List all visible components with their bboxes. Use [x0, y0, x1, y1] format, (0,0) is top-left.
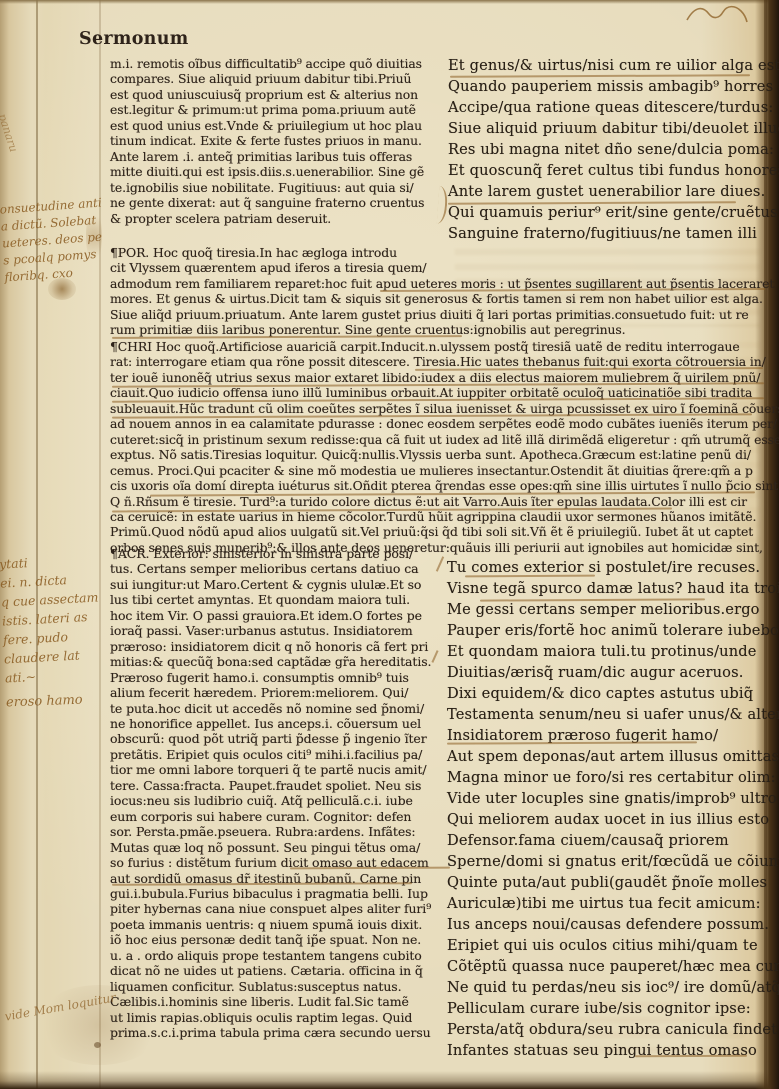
text-line: hoc item Vir. O passi grauiora.Et idem.O… — [110, 608, 450, 623]
text-line: Magna minor ue foro/si res certabitur ol… — [447, 767, 772, 788]
text-line: tere. Cassa:fracta. Paupet.fraudet spoli… — [110, 778, 450, 793]
text-line: Qui quamuis periur⁹ erit/sine gente/cruẽ… — [448, 202, 770, 223]
text-line: Et quondam maiora tuli.tu protinus/unde — [447, 641, 772, 662]
text-line: tinum indicat. Exite & ferte fustes priu… — [110, 133, 445, 148]
verse-column-bottom: Tu comes exterior si postulet/ire recuse… — [447, 557, 772, 1061]
page-edge-top — [0, 0, 779, 4]
text-line: ad nouem annos in ea calamitate pdurasse… — [110, 416, 768, 431]
text-line: Quando pauperiem missis ambagib⁹ horres — [448, 76, 770, 97]
text-line: Ius anceps noui/causas defendere possum. — [447, 914, 772, 935]
text-line: Ante larem .i. anteq̃ primitias laribus … — [110, 149, 445, 164]
text-line: Aut spem deponas/aut artem illusus omitt… — [447, 746, 772, 767]
text-line: gui.i.bubula.Furius bibaculus i pragmati… — [110, 886, 450, 901]
text-line: Et quoscunq̃ feret cultus tibi fundus ho… — [448, 160, 770, 181]
text-line: u. a . ordo aliquis prope testantem tang… — [110, 948, 450, 963]
text-line: Ante larem gustet uenerabilior lare diue… — [448, 181, 770, 202]
text-line: est.legitur & primum:ut prima poma.priuu… — [110, 102, 445, 117]
commentary-column-top: m.i. remotis oĩbus difficultatib⁹ accipe… — [110, 56, 445, 226]
text-line: Auriculæ)tibi me uirtus tua fecit amicum… — [447, 893, 772, 914]
text-line: Cælibis.i.hominis sine liberis. Ludit fa… — [110, 994, 450, 1009]
text-line: Siue aliq̃d priuum.priuatum. Ante larem … — [110, 307, 768, 322]
text-line: Accipe/qua ratione queas ditescere/turdu… — [448, 97, 770, 118]
pen-squiggle-mark — [685, 2, 749, 28]
text-line: ut limis rapias.obliquis oculis raptim l… — [110, 1010, 450, 1025]
text-line: piter hybernas cana niue conspuet alpes … — [110, 901, 450, 916]
text-margin-crease — [99, 0, 101, 1089]
text-line: præroso: insidiatorem dicit q nõ honoris… — [110, 639, 450, 654]
page-edge-bottom — [0, 1071, 779, 1089]
text-line: Persta/atq̃ obdura/seu rubra canicula fi… — [447, 1019, 772, 1040]
commentary-christophorus: ¶CHRI Hoc quoq̃.Artificiose auariciã car… — [110, 339, 768, 555]
text-line: sui iungitur:ut Maro.Certent & cygnis ul… — [110, 577, 450, 592]
text-line: ne gente dixerat: aut q̃ sanguine frater… — [110, 195, 445, 210]
text-line: & propter scelera patriam deseruit. — [110, 211, 445, 226]
text-line: pretãtis. Eripiet quis oculos citi⁹ mihi… — [110, 747, 450, 762]
margin-note-preroso-hamo: eroso hamo — [6, 693, 83, 711]
text-line: iõ hoc eius personæ dedit tanq̃ ip̃e spu… — [110, 932, 450, 947]
text-line: m.i. remotis oĩbus difficultatib⁹ accipe… — [110, 56, 445, 71]
text-line: Præroso fugerit hamo.i. consumptis omnib… — [110, 670, 450, 685]
text-line: Sperne/domi si gnatus erit/fœcũdã ue cõi… — [447, 851, 772, 872]
text-line: Cõtẽptũ quassa nuce pauperet/hæc mea cur… — [447, 956, 772, 977]
text-line: Et genus/& uirtus/nisi cum re uilior alg… — [448, 55, 770, 76]
text-line: Pelliculam curare iube/sis cognitor ipse… — [447, 998, 772, 1019]
text-line: Ne quid tu perdas/neu sis ioc⁹/ ire domũ… — [447, 977, 772, 998]
text-line: cemus. Proci.Qui pcaciter & sine mõ mode… — [110, 463, 768, 478]
text-line: compares. Siue aliquid priuum dabitur ti… — [110, 71, 445, 86]
text-line: cit Vlyssem quærentem apud iferos a tire… — [110, 260, 768, 275]
page-crease — [36, 0, 38, 1089]
text-line: Testamenta senum/neu si uafer unus/& alt… — [447, 704, 772, 725]
text-line: Res ubi magna nitet dño sene/dulcia poma… — [448, 139, 770, 160]
text-line: Primũ.Quod nõdũ apud alios uulgatũ sit.V… — [110, 524, 768, 539]
verse-column-top: Et genus/& uirtus/nisi cum re uilior alg… — [448, 55, 770, 244]
text-line: cuteret:sicq̃ in pristinum sexum redisse… — [110, 432, 768, 447]
text-line: Qui meliorem audax uocet in ius illius e… — [447, 809, 772, 830]
book-page-scan: Sermonum m.i. remotis oĩbus difficultati… — [0, 0, 779, 1089]
text-line: mitte diuiti.qui est ipsis.diis.s.uenera… — [110, 164, 445, 179]
text-line: ¶POR. Hoc quoq̃ tiresia.In hac ægloga in… — [110, 245, 768, 260]
text-line: Quinte puta/aut publi(gaudẽt p̃noĩe moll… — [447, 872, 772, 893]
text-line: ¶CHRI Hoc quoq̃.Artificiose auariciã car… — [110, 339, 768, 354]
text-line: liquamen conficitur. Sublatus:susceptus … — [110, 979, 450, 994]
text-line: sor. Persta.pmãe.pseuera. Rubra:ardens. … — [110, 824, 450, 839]
text-line: est quod unius est.Vnde & priuilegium ut… — [110, 118, 445, 133]
text-line: iocus:neu sis ludibrio cuiq̃. Atq̃ pelli… — [110, 793, 450, 808]
text-line: ne honorifice appellet. Ius anceps.i. cõ… — [110, 716, 450, 731]
text-line: obscurũ: quod põt utriq̃ parti p̃desse p… — [110, 731, 450, 746]
text-line: Dixi equidem/& dico captes astutus ubiq̃ — [447, 683, 772, 704]
text-line: ioraq̃ passi. Vaser:urbanus astutus. Ins… — [110, 623, 450, 638]
text-line: Visne tegã spurco damæ latus? haud ita t… — [447, 578, 772, 599]
commentary-porphyrio: ¶POR. Hoc quoq̃ tiresia.In hac ægloga in… — [110, 245, 768, 338]
text-line: Eripiet qui uis oculos citius mihi/quam … — [447, 935, 772, 956]
text-line: Mutas quæ loq nõ possunt. Seu pingui tẽt… — [110, 840, 450, 855]
text-line: ¶ACR. Exterior: sinisterior in sinistra … — [110, 546, 450, 561]
text-line: Me gessi certans semper melioribus.ergo — [447, 599, 772, 620]
text-line: exptus. Nõ satis.Tiresias loquitur. Quic… — [110, 447, 768, 462]
commentary-acron-column: ¶ACR. Exterior: sinisterior in sinistra … — [110, 546, 450, 1041]
gutter-edge — [0, 0, 46, 1089]
text-line: Infantes statuas seu pingui tentus omaso — [447, 1040, 772, 1061]
text-line: Siue aliquid priuum dabitur tibi/deuolet… — [448, 118, 770, 139]
text-line: prima.s.c.i.prima tabula prima cæra secu… — [110, 1025, 450, 1040]
text-line: tior me omni labore torqueri q̃ te partẽ… — [110, 762, 450, 777]
text-line: Diuitias/ærisq̃ ruam/dic augur aceruos. — [447, 662, 772, 683]
text-line: Pauper eris/fortẽ hoc animũ tolerare iub… — [447, 620, 772, 641]
text-line: poeta immanis uentris: q niuem spumã iou… — [110, 917, 450, 932]
margin-note-consuetudine: onsuetudine antia dictũ. Solebatueteres.… — [0, 195, 107, 287]
text-line: Defensor.fama ciuem/causaq̃ priorem — [447, 830, 772, 851]
text-line: eum corporis sui habere curam. Cognitor:… — [110, 809, 450, 824]
text-line: te.ignobilis siue nobilitate. Fugitiuus:… — [110, 180, 445, 195]
text-line: dicat nõ ne uides ut patiens. Cætaria. o… — [110, 963, 450, 978]
running-title: Sermonum — [79, 29, 189, 49]
text-line: tus. Certans semper melioribus certans d… — [110, 561, 450, 576]
ink-speck — [94, 1042, 101, 1048]
text-line: te puta.hoc dicit ut accedẽs nõ nomine s… — [110, 701, 450, 716]
text-line: alium fecerit hæredem. Priorem:meliorem.… — [110, 685, 450, 700]
text-line: lus tibi certet amyntas. Et quondam maio… — [110, 592, 450, 607]
text-line: Vide uter locuples sine gnatis/improb⁹ u… — [447, 788, 772, 809]
text-line: est quod uniuscuiusq̃ proprium est & alt… — [110, 87, 445, 102]
text-line: Sanguine fraterno/fugitiuus/ne tamen ill… — [448, 223, 770, 244]
text-line: mitias:& quecũq̃ bona:sed captãdæ gr̃a h… — [110, 654, 450, 669]
text-line: mores. Et genus & uirtus.Dicit tam & siq… — [110, 291, 768, 306]
margin-note-ytati: ytatiei. n. dictaq cue assectamistis. la… — [0, 550, 103, 688]
